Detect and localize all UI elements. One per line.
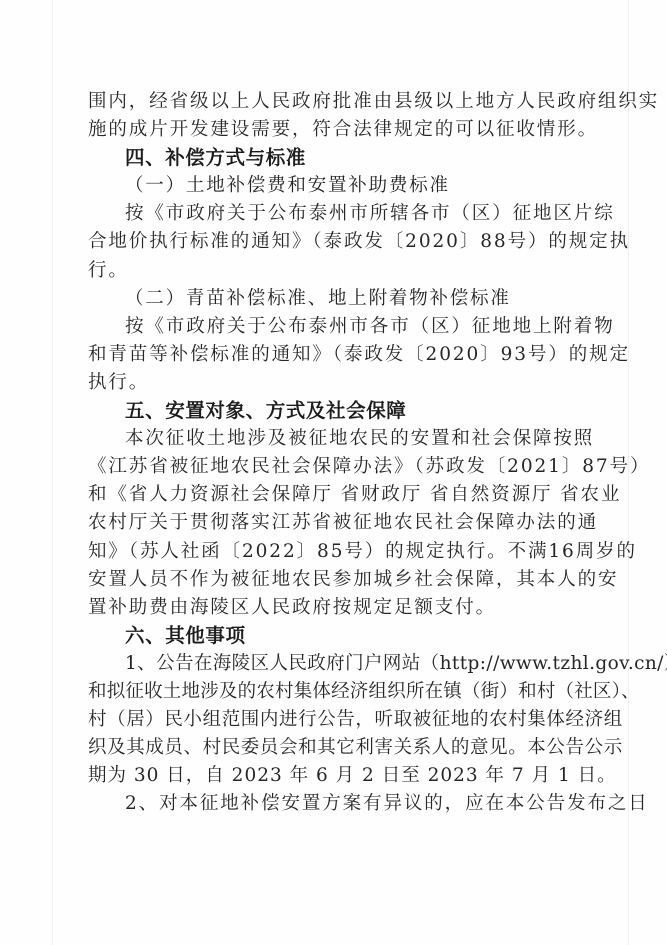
paragraph-line: 安置人员不作为被征地农民参加城乡社会保障，其本人的安 (88, 566, 580, 594)
paragraph-line: 按《市政府关于公布泰州市各市（区）征地地上附着物 (88, 313, 580, 341)
page-edge-left (52, 0, 53, 945)
paragraph-line: 按《市政府关于公布泰州市所辖各市（区）征地区片综 (88, 200, 580, 228)
subsection-heading-land-compensation: （一）土地补偿费和安置补助费标准 (88, 172, 584, 200)
paragraph-line: 围内，经省级以上人民政府批准由县级以上地方人民政府组织实 (88, 88, 580, 116)
paragraph-line: 农村厅关于贯彻落实江苏省被征地农民社会保障办法的通 (88, 509, 580, 537)
subsection-heading-crop-compensation: （二）青苗补偿标准、地上附着物补偿标准 (88, 285, 584, 313)
paragraph-line: 本次征收土地涉及被征地农民的安置和社会保障按照 (88, 425, 580, 453)
paragraph-line: 置补助费由海陵区人民政府按规定足额支付。 (88, 594, 584, 622)
paragraph-line: 执行。 (88, 369, 584, 397)
paragraph-line: 行。 (88, 257, 584, 285)
paragraph-line-dates: 期为 30 日，自 2023 年 6 月 2 日至 2023 年 7 月 1 日… (88, 762, 584, 790)
section-heading-other-matters: 六、其他事项 (88, 622, 584, 650)
section-heading-compensation: 四、补偿方式与标准 (88, 144, 584, 172)
paragraph-line: 和《省人力资源社会保障厅 省财政厅 省自然资源厅 省农业 (88, 481, 580, 509)
paragraph-line: 施的成片开发建设需要，符合法律规定的可以征收情形。 (88, 116, 584, 144)
paragraph-line: 《江苏省被征地农民社会保障办法》（苏政发〔2021〕87号） (88, 453, 580, 481)
paragraph-line: 合地价执行标准的通知》（泰政发〔2020〕88号）的规定执 (88, 228, 580, 256)
paragraph-line: 2、对本征地补偿安置方案有异议的，应在本公告发布之日 (88, 790, 580, 818)
document-body: 围内，经省级以上人民政府批准由县级以上地方人民政府组织实 施的成片开发建设需要，… (88, 88, 584, 818)
paragraph-line: 和青苗等补偿标准的通知》（泰政发〔2020〕93号）的规定 (88, 341, 580, 369)
paragraph-line-with-url: 1、公告在海陵区人民政府门户网站（http://www.tzhl.gov.cn/… (88, 650, 580, 678)
paragraph-line: 和拟征收土地涉及的农村集体经济组织所在镇（街）和村（社区）、 (88, 678, 580, 706)
paragraph-line: 知》（苏人社函〔2022〕85号）的规定执行。不满16周岁的 (88, 538, 580, 566)
paragraph-line: 村（居）民小组范围内进行公告，听取被征地的农村集体经济组 (88, 706, 580, 734)
paragraph-line: 织及其成员、村民委员会和其它利害关系人的意见。本公告公示 (88, 734, 580, 762)
section-heading-resettlement: 五、安置对象、方式及社会保障 (88, 397, 584, 425)
